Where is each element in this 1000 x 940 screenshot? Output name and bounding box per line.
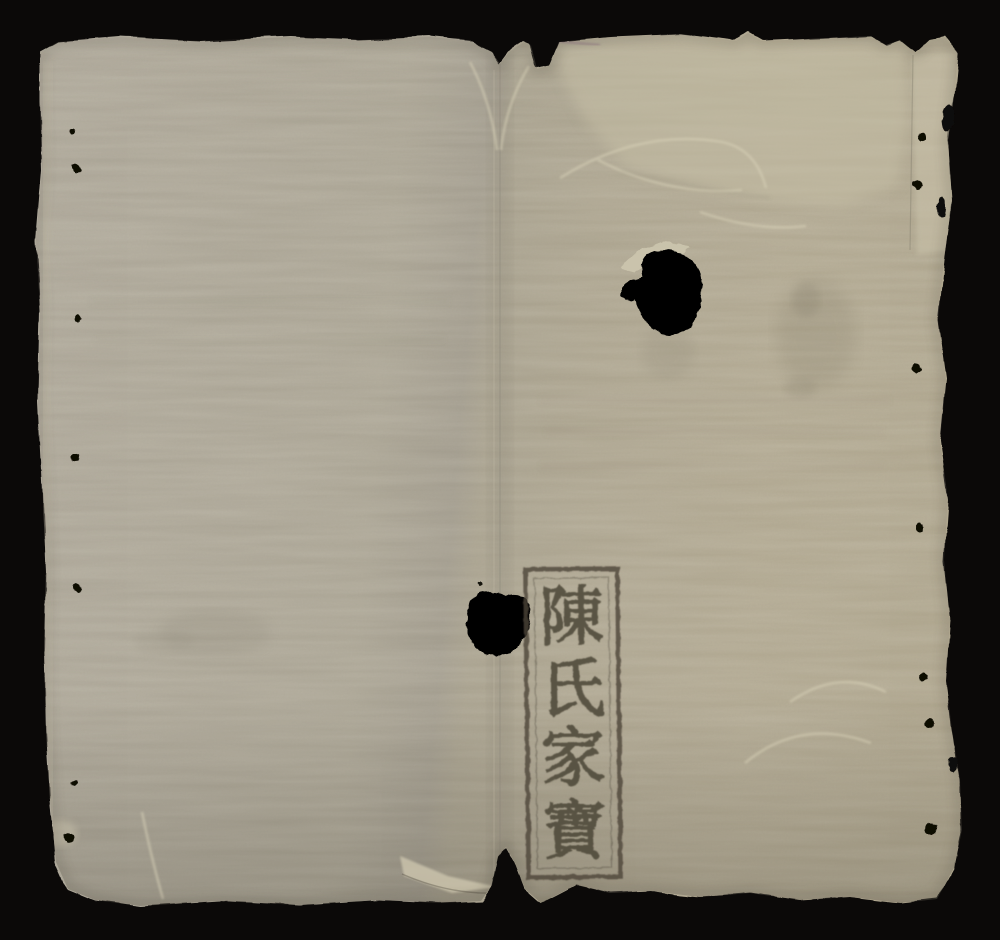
- binding-hole: [918, 672, 928, 682]
- binding-hole: [71, 164, 81, 174]
- show-through-line: [95, 336, 445, 343]
- paper-surface-detail: [30, 28, 970, 918]
- stamp-character-shi: 氏: [540, 653, 606, 728]
- hole-speck: [478, 582, 483, 587]
- binding-hole: [924, 718, 934, 728]
- stamp-text-column: 陳 氏 家 寶: [540, 581, 608, 870]
- binding-hole: [73, 584, 82, 593]
- edge-nick: [936, 197, 946, 217]
- stain-speck: [792, 282, 820, 318]
- stain-speck: [784, 377, 816, 399]
- show-through-line: [90, 298, 450, 306]
- binding-hole: [925, 823, 937, 835]
- binding-hole: [917, 133, 925, 141]
- edge-nick: [948, 757, 958, 771]
- binding-hole: [916, 524, 925, 533]
- show-through-line: [540, 396, 890, 405]
- stamp-character-chen: 陳: [540, 581, 605, 656]
- book-cover-scan: 陳 氏 家 寶: [0, 0, 1000, 940]
- binding-hole: [914, 181, 923, 190]
- binding-hole: [71, 453, 79, 461]
- binding-hole: [75, 316, 82, 323]
- show-through-line: [540, 462, 885, 470]
- stamp-character-bao: 寶: [542, 795, 607, 870]
- binding-hole: [913, 365, 922, 374]
- stamp-character-jia: 家: [541, 722, 606, 797]
- binding-hole: [70, 129, 76, 135]
- scanned-document-photo: 陳 氏 家 寶: [0, 0, 1000, 940]
- edge-nick: [942, 104, 954, 132]
- binding-hole: [71, 780, 77, 786]
- smudge-left-page: [133, 628, 193, 654]
- binding-hole: [64, 833, 74, 843]
- show-through-line: [545, 428, 885, 436]
